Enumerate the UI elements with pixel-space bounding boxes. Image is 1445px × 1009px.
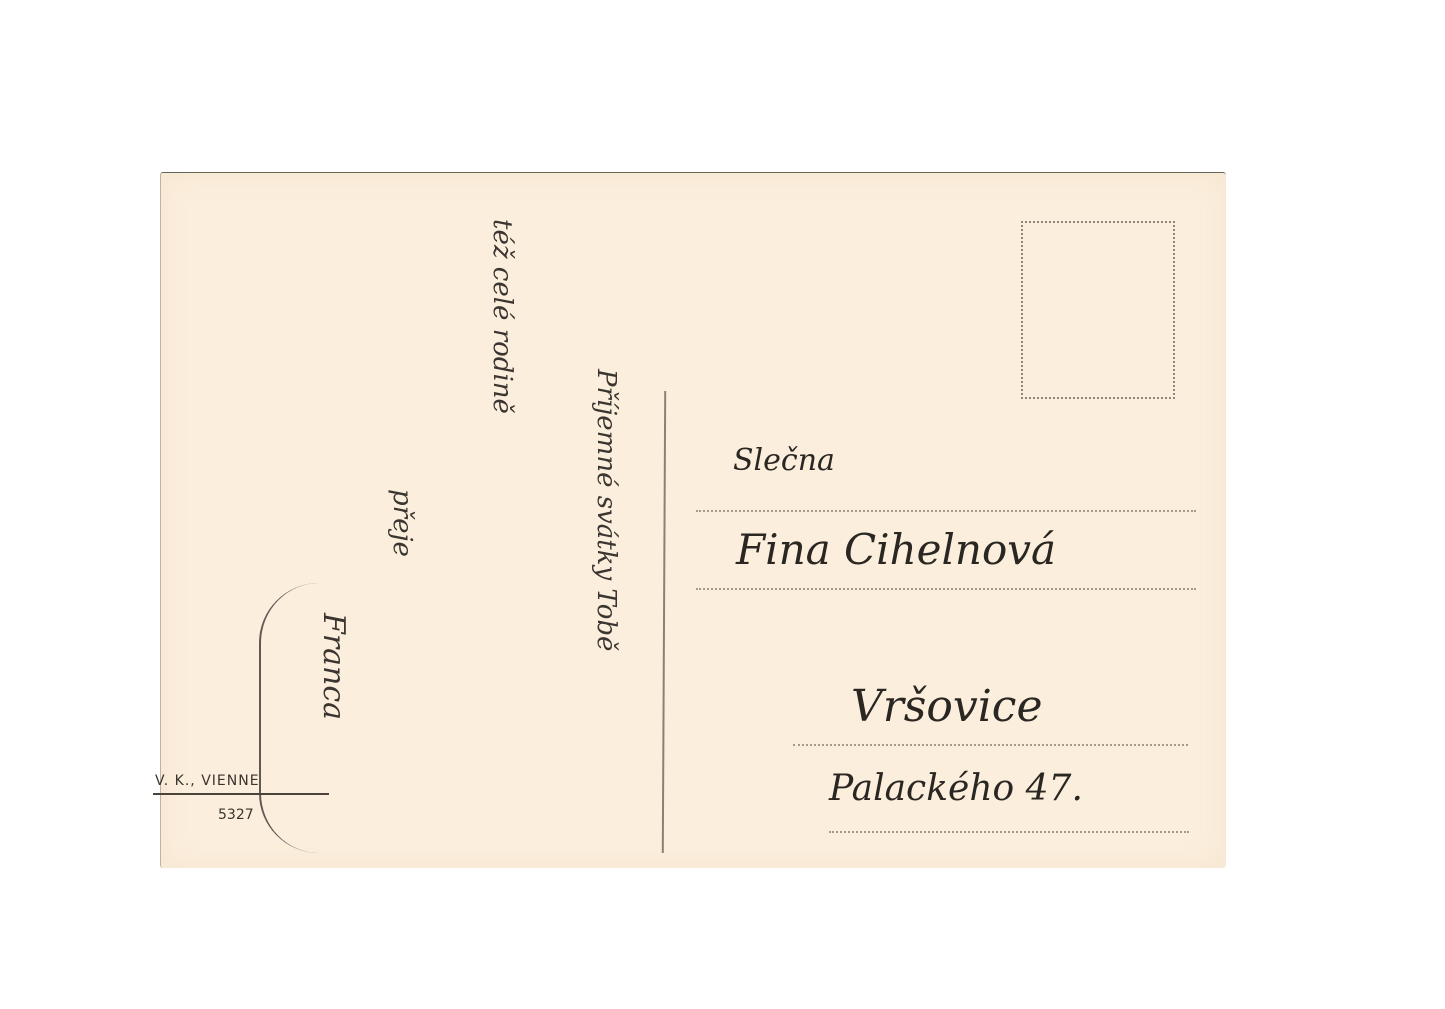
address-town: Vršovice [851,681,1043,732]
message-line-3: přeje [387,489,417,557]
publisher-number: 5327 [218,807,254,823]
address-recipient: Fina Cihelnová [736,525,1056,574]
signature-flourish [259,583,321,853]
message-line-1: Příjemné svátky Tobě [591,369,621,651]
message-line-2: též celé rodině [487,219,517,414]
center-divider [662,391,666,853]
address-line-3 [793,744,1188,746]
stamp-placeholder-box [1021,221,1175,399]
signature: Franca [316,613,351,720]
publisher-name: V. K., VIENNE [155,773,260,789]
publisher-rule [153,793,329,795]
address-street: Palackého 47. [829,768,1083,809]
address-line-1 [696,510,1196,512]
address-line-2 [696,588,1196,590]
postcard: Příjemné svátky Tobě též celé rodině pře… [160,172,1226,868]
address-salutation: Slečna [733,443,835,478]
address-line-4 [829,831,1189,833]
